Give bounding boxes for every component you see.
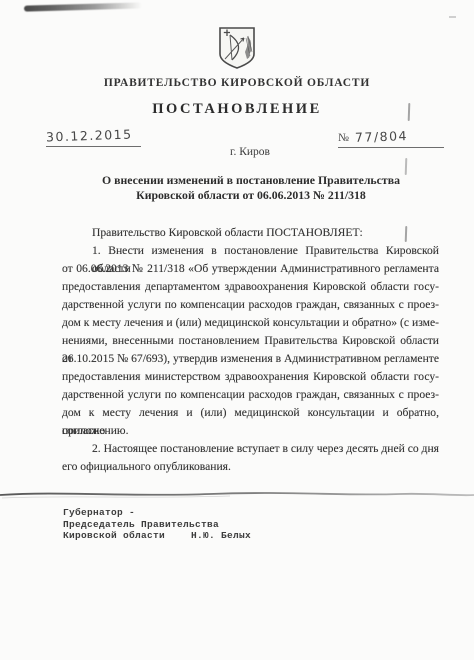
body-line: 26.10.2015 № 67/693), утвердив изменения… bbox=[62, 350, 439, 368]
body-opening-line: Правительство Кировской области ПОСТАНОВ… bbox=[62, 224, 439, 242]
body-line: нениями, внесенными постановлением Прави… bbox=[62, 332, 439, 350]
scan-smudge-artifact bbox=[24, 2, 142, 11]
body-line: 1. Внести изменения в постановление Прав… bbox=[62, 242, 439, 260]
organization-name: ПРАВИТЕЛЬСТВО КИРОВСКОЙ ОБЛАСТИ bbox=[0, 77, 474, 89]
signer-position-line-1: Губернатор - bbox=[63, 507, 251, 519]
body-line: дом к месту лечения и (или) медицинской … bbox=[62, 314, 439, 332]
document-type-heading: ПОСТАНОВЛЕНИЕ bbox=[0, 101, 474, 118]
body-line: 2. Настоящее постановление вступает в си… bbox=[62, 440, 439, 458]
kirov-coat-of-arms-icon bbox=[217, 26, 257, 70]
title-line-1: О внесении изменений в постановление Пра… bbox=[62, 173, 440, 188]
signature-block: Губернатор - Председатель Правительства … bbox=[63, 507, 251, 542]
handwritten-date: 30.12.2015 bbox=[46, 126, 133, 144]
body-line: дом к месту лечения и (или) медицинской … bbox=[62, 404, 439, 422]
body-line: предоставления департаментом здравоохран… bbox=[62, 278, 439, 296]
date-field: 30.12.2015 bbox=[46, 127, 141, 145]
number-field: №77/804 bbox=[338, 128, 444, 146]
document-title: О внесении изменений в постановление Пра… bbox=[62, 173, 440, 203]
body-line: приложению. bbox=[62, 422, 439, 440]
body-line: дарственной услуги по компенсации расход… bbox=[62, 386, 439, 404]
signer-position-line-2: Председатель Правительства bbox=[63, 519, 251, 531]
title-line-2: Кировской области от 06.06.2013 № 211/31… bbox=[62, 188, 440, 203]
number-sign: № bbox=[338, 132, 349, 144]
body-line: от 06.06.2013 № 211/318 «Об утверждении … bbox=[62, 260, 439, 278]
body-line: предоставления министерством здравоохран… bbox=[62, 368, 439, 386]
scan-dash-artifact bbox=[449, 16, 456, 18]
body-line: его официального опубликования. bbox=[62, 458, 439, 476]
signer-position-line-3: Кировской области bbox=[63, 530, 165, 542]
signer-name: Н.Ю. Белых bbox=[191, 530, 251, 542]
handwritten-number: 77/804 bbox=[355, 128, 408, 145]
body-line: дарственной услуги по компенсации расход… bbox=[62, 296, 439, 314]
document-page: ПРАВИТЕЛЬСТВО КИРОВСКОЙ ОБЛАСТИ ПОСТАНОВ… bbox=[0, 0, 474, 660]
scan-crease-line bbox=[0, 486, 474, 502]
document-body: Правительство Кировской области ПОСТАНОВ… bbox=[62, 224, 439, 476]
place-line: г. Киров bbox=[26, 146, 474, 158]
